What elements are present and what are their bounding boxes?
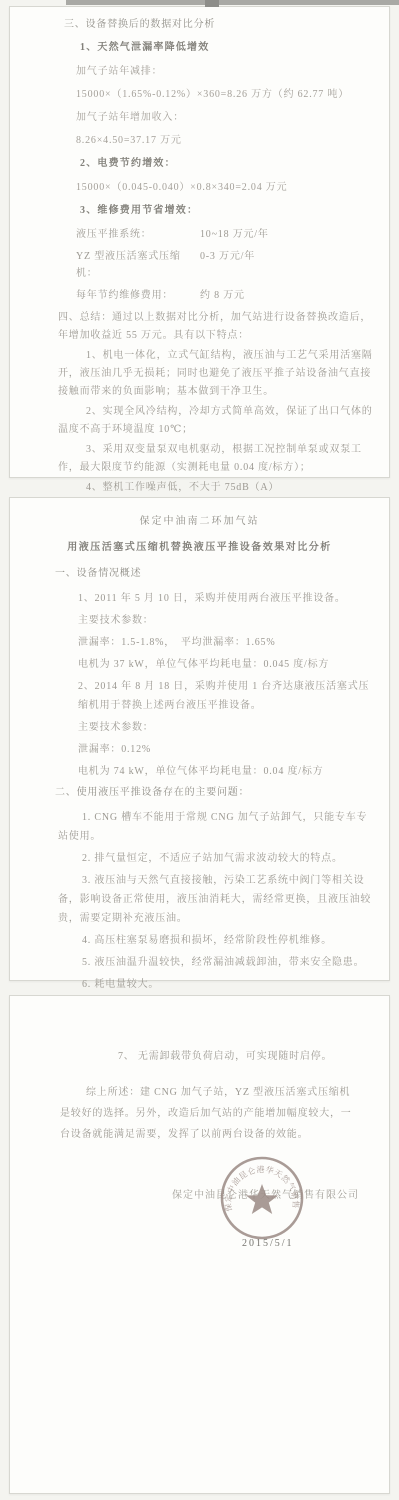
summary-point: 2、实现全风冷结构，冷却方式简单高效，保证了出口气体的温度不高于环境温度 10℃… (58, 403, 375, 439)
scanned-page-conclusion: 7、 无需卸载带负荷启动，可实现随时启停。 综上所述：建 CNG 加气子站，YZ… (9, 995, 390, 1494)
maintenance-row: 液压平推系统： 10~18 万元/年 (76, 226, 389, 243)
formula-electricity-saving: 15000×（0.045-0.040）×0.8×340=2.04 万元 (76, 179, 389, 197)
page-c-content: 7、 无需卸载带负荷启动，可实现随时启停。 综上所述：建 CNG 加气子站，YZ… (10, 996, 389, 1493)
subheading-electricity-saving: 2、电费节约增效： (80, 155, 389, 173)
problem-item: 4. 高压柱塞泵易磨损和损坏，经常阶段性停机维修。 (58, 931, 373, 950)
overview-item: 泄漏率：1.5-1.8%， 平均泄漏率：1.65% (78, 633, 373, 652)
summary-point: 1、机电一体化，立式气缸结构，液压油与工艺气采用活塞隔开，液压油几乎无损耗；同时… (58, 347, 375, 401)
row-label: 每年节约维修费用： (76, 287, 200, 304)
row-label: YZ 型液压活塞式压缩机： (76, 248, 200, 282)
seal-star-icon (246, 1184, 278, 1214)
row-value: 0-3 万元/年 (200, 248, 255, 282)
scanned-page-overview: 保定中油南二环加气站 用液压活塞式压缩机替换液压平推设备效果对比分析 一、设备情… (9, 497, 390, 981)
overview-item: 电机为 74 kW，单位气体平均耗电量：0.04 度/标方 (78, 762, 373, 781)
overview-item: 主要技术参数： (78, 611, 373, 630)
company-seal: 保定中油昆仑港华天然气销售有限公司 (212, 1148, 312, 1248)
maintenance-row: YZ 型液压活塞式压缩机： 0-3 万元/年 (76, 248, 389, 282)
station-title: 保定中油南二环加气站 (10, 512, 389, 532)
row-value: 约 8 万元 (200, 287, 245, 304)
formula-income: 8.26×4.50=37.17 万元 (76, 132, 389, 150)
section-1-heading: 一、设备情况概述 (55, 565, 389, 583)
overview-item: 2、2014 年 8 月 18 日，采购并使用 1 台齐达康液压活塞式压缩机用于… (78, 677, 373, 715)
formula-leak-reduction: 15000×（1.65%-0.12%）×360=8.26 万方（约 62.77 … (76, 86, 389, 104)
row-value: 10~18 万元/年 (200, 226, 269, 243)
scan-artifact-strip (66, 0, 399, 5)
scanned-page-analysis: 三、设备替换后的数据对比分析 1、天然气泄漏率降低增效 加气子站年减排： 150… (9, 6, 390, 478)
problem-item: 2. 排气量恒定，不适应子站加气需求波动较大的特点。 (58, 849, 373, 868)
overview-item: 主要技术参数： (78, 718, 373, 737)
line-income-label: 加气子站年增加收入： (76, 109, 389, 127)
line-annual-reduction-label: 加气子站年减排： (76, 63, 389, 81)
summary-point: 3、采用双变量泵双电机驱动，根据工况控制单泵或双泵工作，最大限度节约能源（实测耗… (58, 441, 375, 477)
subheading-maintenance-saving: 3、维修费用节省增效： (80, 202, 389, 220)
overview-item: 电机为 37 kW，单位气体平均耗电量：0.045 度/标方 (78, 655, 373, 674)
overview-item: 泄漏率：0.12% (78, 740, 373, 759)
problem-item: 3. 液压油与天然气直接接触，污染工艺系统中阀门等相关设备，影响设备正常使用，液… (58, 871, 373, 928)
conclusion-paragraph: 综上所述：建 CNG 加气子站，YZ 型液压活塞式压缩机是较好的选择。另外，改造… (60, 1082, 360, 1145)
seal-date: 2015/5/1 (242, 1238, 294, 1249)
summary-point: 4、整机工作噪声低，不大于 75dB（A） (58, 479, 375, 497)
problem-item: 1. CNG 槽车不能用于常规 CNG 加气子站卸气，只能专车专站使用。 (58, 808, 373, 846)
overview-item: 1、2011 年 5 月 10 日，采购并使用两台液压平推设备。 (78, 589, 373, 608)
section-4-summary: 四、总结：通过以上数据对比分析，加气站进行设备替换改造后，年增加收益近 55 万… (58, 309, 375, 345)
scan-artifact-chunk (205, 0, 219, 7)
problem-item: 5. 液压油温升温较快，经常漏油减载卸油，带来安全隐患。 (58, 953, 373, 972)
maintenance-row: 每年节约维修费用： 约 8 万元 (76, 287, 389, 304)
row-label: 液压平推系统： (76, 226, 200, 243)
section-2-heading: 二、使用液压平推设备存在的主要问题： (55, 784, 389, 802)
page-b-content: 保定中油南二环加气站 用液压活塞式压缩机替换液压平推设备效果对比分析 一、设备情… (10, 498, 389, 994)
summary-point-7: 7、 无需卸载带负荷启动，可实现随时启停。 (118, 1048, 332, 1066)
page-a-content: 三、设备替换后的数据对比分析 1、天然气泄漏率降低增效 加气子站年减排： 150… (10, 7, 389, 486)
subheading-leak-benefit: 1、天然气泄漏率降低增效 (80, 39, 389, 57)
document-title: 用液压活塞式压缩机替换液压平推设备效果对比分析 (10, 539, 389, 557)
section-3-heading: 三、设备替换后的数据对比分析 (64, 16, 389, 34)
problem-item: 6. 耗电量较大。 (58, 975, 373, 994)
